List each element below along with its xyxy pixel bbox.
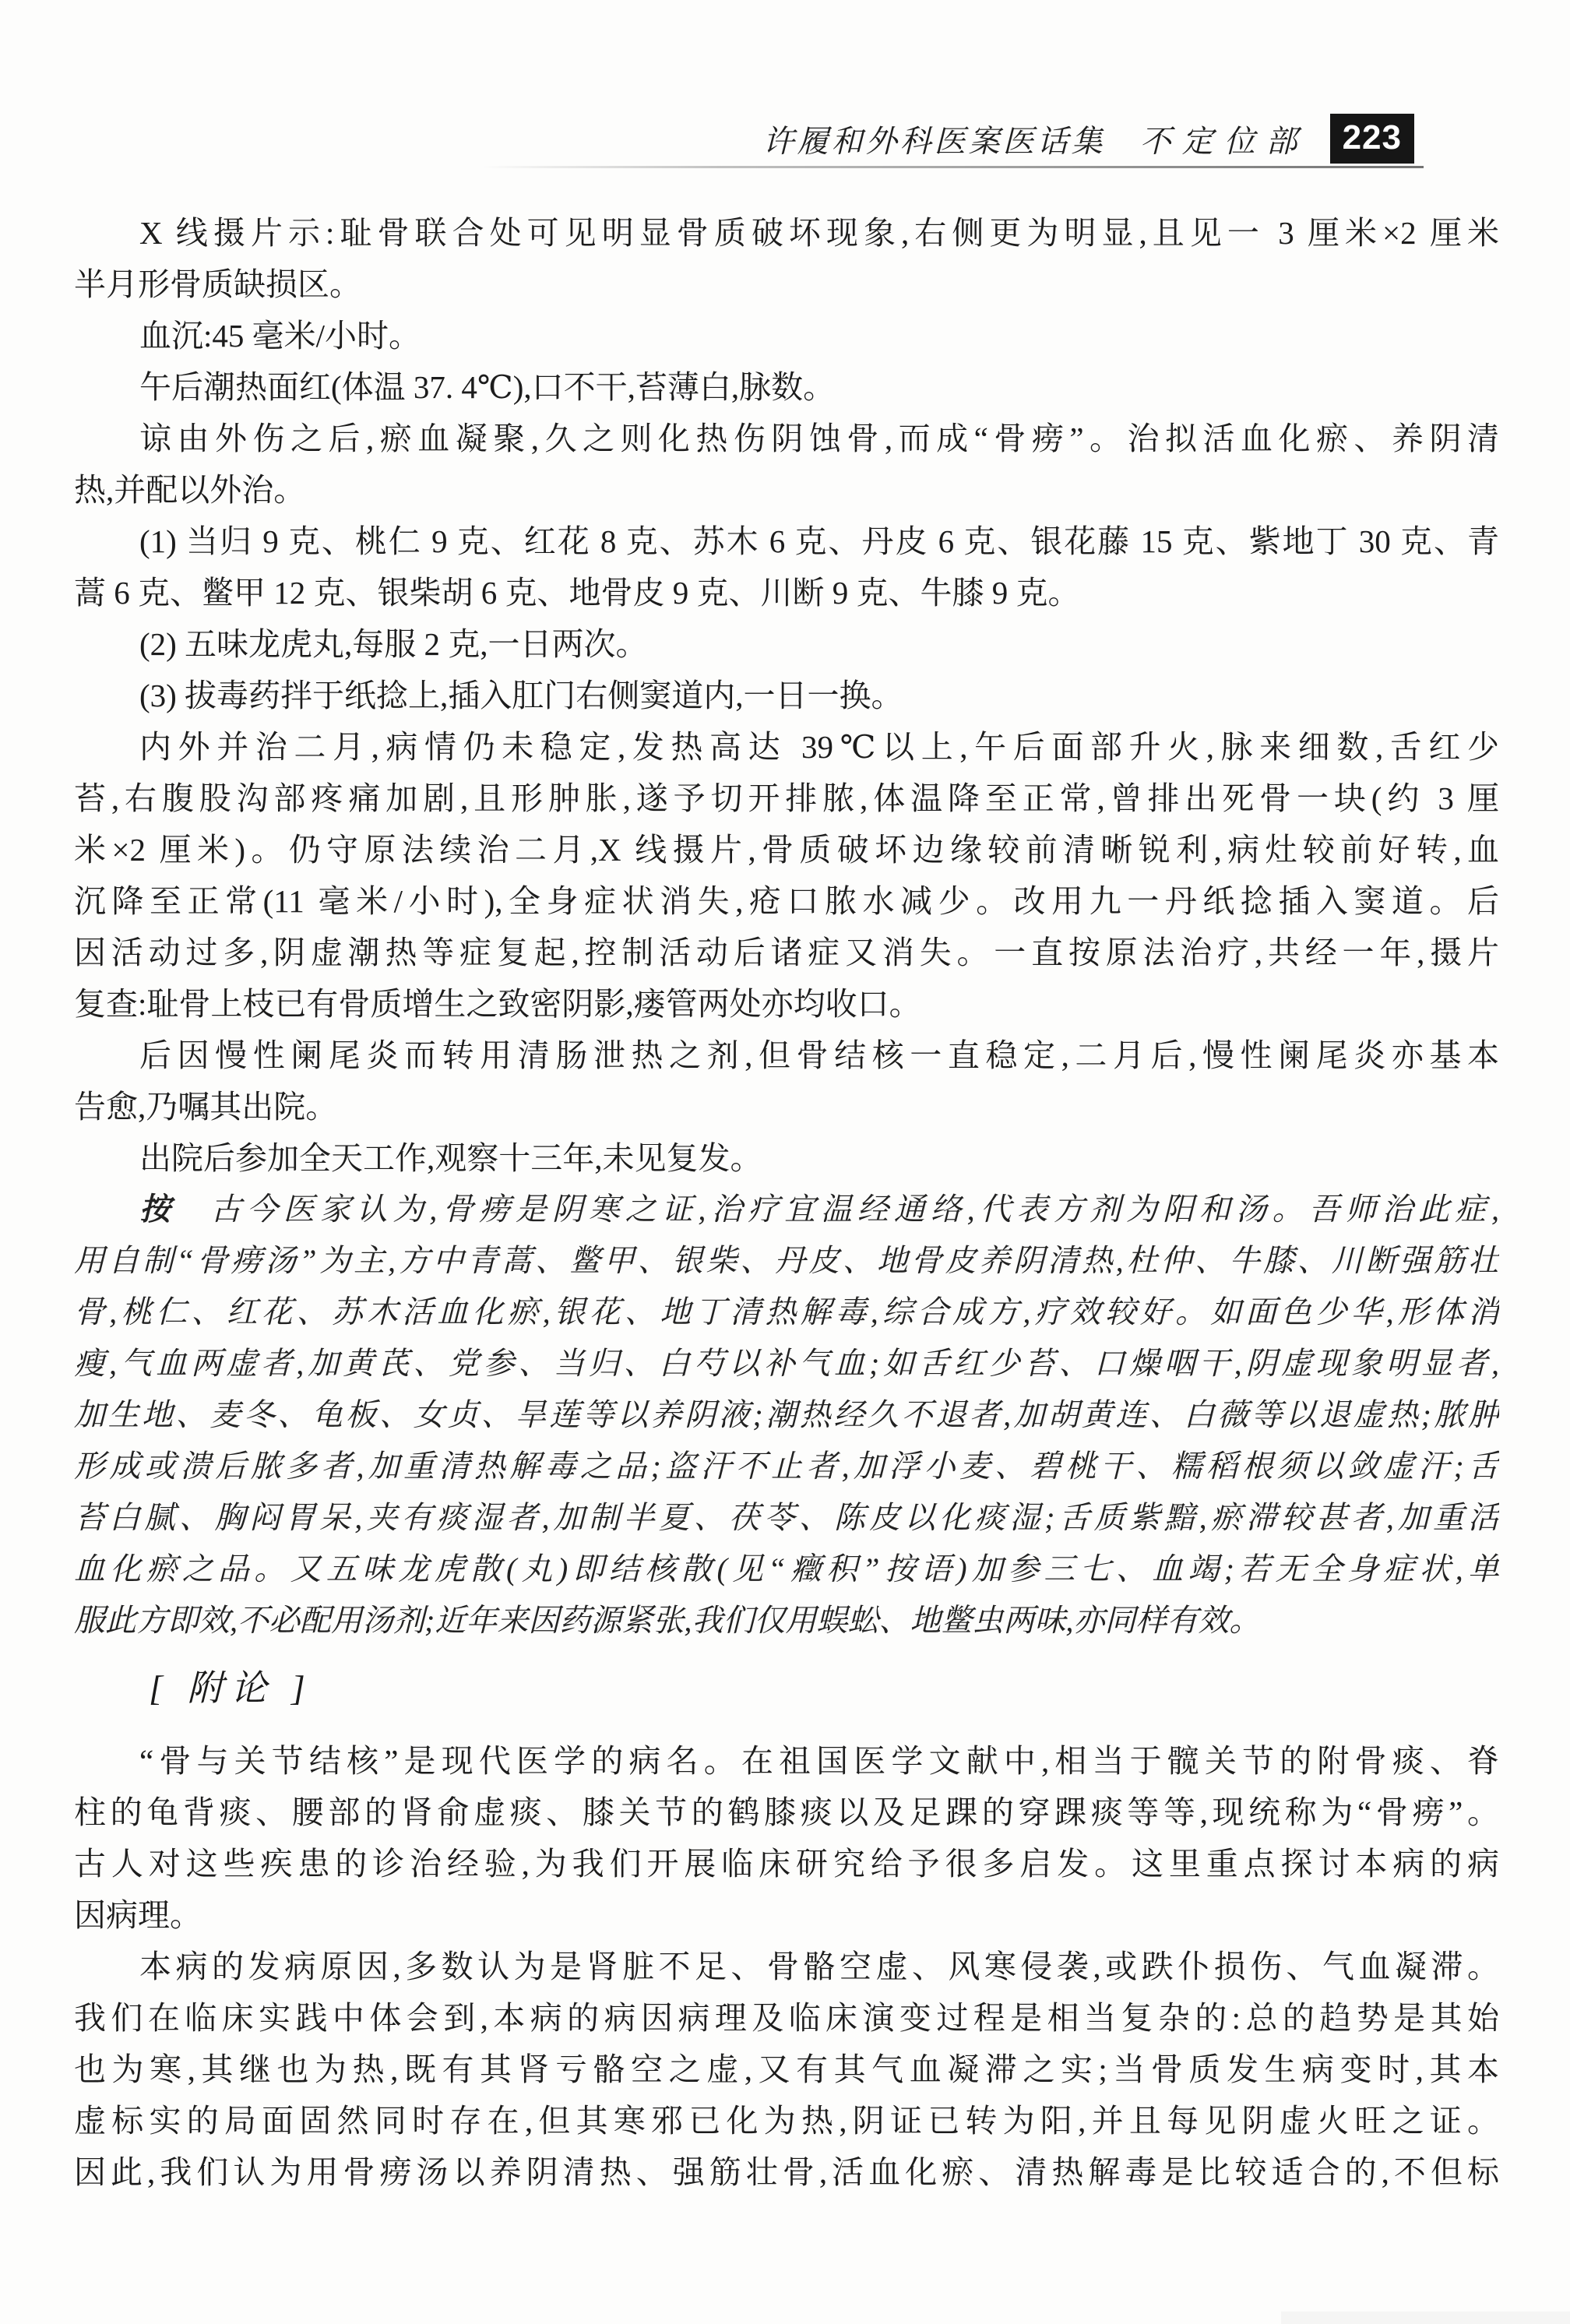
text-body: X 线摄片示:耻骨联合处可见明显骨质破坏现象,右侧更为明显,且见一 3 厘米×2… <box>74 207 1499 2198</box>
text-line: 内外并治二月,病情仍未稳定,发热高达 39℃以上,午后面部升火,脉来细数,舌红少 <box>74 721 1499 773</box>
text-line: (2) 五味龙虎丸,每服 2 克,一日两次。 <box>74 618 1499 670</box>
text-line: 后因慢性阑尾炎而转用清肠泄热之剂,但骨结核一直稳定,二月后,慢性阑尾炎亦基本 <box>74 1030 1499 1081</box>
text-line: 午后潮热面红(体温 37. 4℃),口不干,苔薄白,脉数。 <box>74 361 1499 413</box>
text-line: 服此方即效,不必配用汤剂;近年来因药源紧张,我们仅用蜈蚣、地鳖虫两味,亦同样有效… <box>74 1595 1499 1646</box>
text-line: 加生地、麦冬、龟板、女贞、旱莲等以养阴液;潮热经久不退者,加胡黄连、白薇等以退虚… <box>74 1389 1499 1441</box>
page-number-badge: 223 <box>1330 114 1414 164</box>
scan-artifact <box>1281 2312 1570 2324</box>
text-line: X 线摄片示:耻骨联合处可见明显骨质破坏现象,右侧更为明显,且见一 3 厘米×2… <box>74 207 1499 259</box>
text-line: 古人对这些疾患的诊治经验,为我们开展临床研究给予很多启发。这里重点探讨本病的病 <box>74 1838 1499 1889</box>
text-line: 谅由外伤之后,瘀血凝聚,久之则化热伤阴蚀骨,而成“骨痨”。治拟活血化瘀、养阴清 <box>74 413 1499 464</box>
text-line: (3) 拔毒药拌于纸捻上,插入肛门右侧窦道内,一日一换。 <box>74 670 1499 721</box>
appendix-heading: [ 附论 ] <box>74 1657 1499 1720</box>
text-line: 沉降至正常(11 毫米/小时),全身症状消失,疮口脓水减少。改用九一丹纸捻插入窦… <box>74 875 1499 927</box>
text-line: 因病理。 <box>74 1889 1499 1941</box>
text-line: 苔白腻、胸闷胃呆,夹有痰湿者,加制半夏、茯苓、陈皮以化痰湿;舌质紫黯,瘀滞较甚者… <box>74 1492 1499 1544</box>
text-line: 因活动过多,阴虚潮热等症复起,控制活动后诸症又消失。一直按原法治疗,共经一年,摄… <box>74 927 1499 978</box>
text-line: 形成或溃后脓多者,加重清热解毒之品;盗汗不止者,加浮小麦、碧桃干、糯稻根须以敛虚… <box>74 1441 1499 1492</box>
text-line: 出院后参加全天工作,观察十三年,未见复发。 <box>74 1132 1499 1184</box>
text-line: 我们在临床实践中体会到,本病的病因病理及临床演变过程是相当复杂的:总的趋势是其始 <box>74 1992 1499 2044</box>
text-line: 虚标实的局面固然同时存在,但其寒邪已化为热,阴证已转为阳,并且每见阴虚火旺之证。 <box>74 2095 1499 2146</box>
commentary-label: 按 <box>139 1192 176 1227</box>
text-line: 告愈,乃嘱其出院。 <box>74 1081 1499 1132</box>
text-line: 因此,我们认为用骨痨汤以养阴清热、强筋壮骨,活血化瘀、清热解毒是比较适合的,不但… <box>74 2146 1499 2198</box>
text-line: 也为寒,其继也为热,既有其肾亏骼空之虚,又有其气血凝滞之实;当骨质发生病变时,其… <box>74 2044 1499 2095</box>
scanned-page: 许履和外科医案医话集 不定位部 223 X 线摄片示:耻骨联合处可见明显骨质破坏… <box>0 0 1570 2324</box>
page-header: 许履和外科医案医话集 不定位部 223 <box>763 114 1414 164</box>
text-line: 米×2 厘米)。仍守原法续治二月,X 线摄片,骨质破坏边缘较前清晰锐利,病灶较前… <box>74 824 1499 875</box>
text-line: 用自制“骨痨汤”为主,方中青蒿、鳖甲、银柴、丹皮、地骨皮养阴清热,杜仲、牛膝、川… <box>74 1235 1499 1287</box>
text-line: 按古今医家认为,骨痨是阴寒之证,治疗宜温经通络,代表方剂为阳和汤。吾师治此症, <box>74 1184 1499 1235</box>
text-line: 热,并配以外治。 <box>74 464 1499 516</box>
book-title: 许履和外科医案医话集 <box>763 117 1106 161</box>
text-line: “骨与关节结核”是现代医学的病名。在祖国医学文献中,相当于髋关节的附骨痰、脊 <box>74 1735 1499 1787</box>
text-line: 蒿 6 克、鳖甲 12 克、银柴胡 6 克、地骨皮 9 克、川断 9 克、牛膝 … <box>74 567 1499 618</box>
text-line: 柱的龟背痰、腰部的肾俞虚痰、膝关节的鹤膝痰以及足踝的穿踝痰等等,现统称为“骨痨”… <box>74 1787 1499 1838</box>
header-rule <box>483 166 1424 168</box>
text-line: 血沉:45 毫米/小时。 <box>74 310 1499 361</box>
text-line: 本病的发病原因,多数认为是肾脏不足、骨骼空虚、风寒侵袭,或跌仆损伤、气血凝滞。 <box>74 1941 1499 1992</box>
text-line: (1) 当归 9 克、桃仁 9 克、红花 8 克、苏木 6 克、丹皮 6 克、银… <box>74 516 1499 567</box>
text-line: 半月形骨质缺损区。 <box>74 259 1499 310</box>
section-title: 不定位部 <box>1140 117 1308 161</box>
text-line: 血化瘀之品。又五味龙虎散(丸)即结核散(见“癥积”按语)加参三七、血竭;若无全身… <box>74 1544 1499 1595</box>
text-line: 复查:耻骨上枝已有骨质增生之致密阴影,瘘管两处亦均收口。 <box>74 978 1499 1030</box>
text-line: 苔,右腹股沟部疼痛加剧,且形肿胀,遂予切开排脓,体温降至正常,曾排出死骨一块(约… <box>74 773 1499 824</box>
text-line: 瘦,气血两虚者,加黄芪、党参、当归、白芍以补气血;如舌红少苔、口燥咽干,阴虚现象… <box>74 1338 1499 1389</box>
text-line: 骨,桃仁、红花、苏木活血化瘀,银花、地丁清热解毒,综合成方,疗效较好。如面色少华… <box>74 1287 1499 1338</box>
